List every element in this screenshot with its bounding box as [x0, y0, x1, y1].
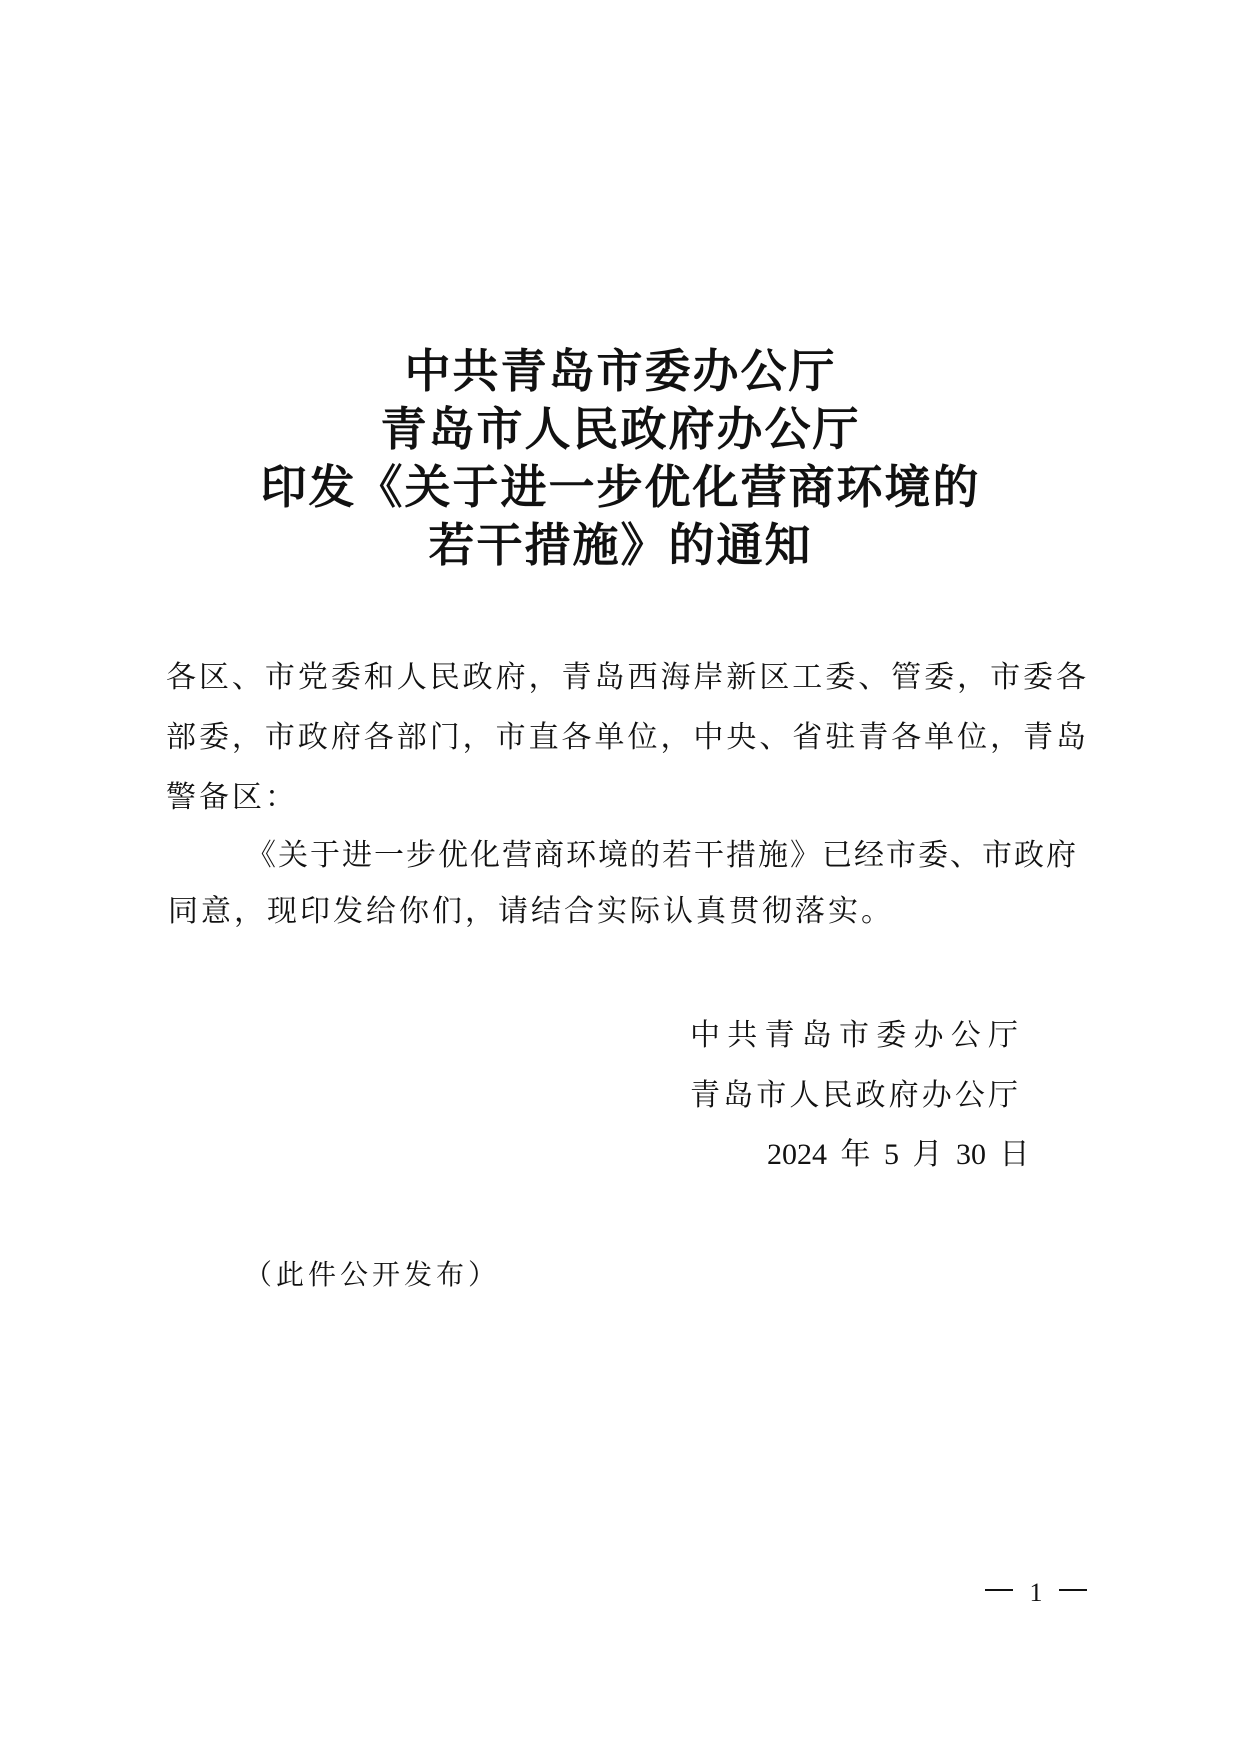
page-number-right-dash — [1059, 1589, 1087, 1591]
publication-note: （此件公开发布） — [244, 1257, 500, 1293]
page-number-left-dash — [985, 1589, 1013, 1591]
signature-issuer-1: 中共青岛市委办公厅 — [690, 1018, 1018, 1054]
document-title: 中共青岛市委办公厅 青岛市人民政府办公厅 印发《关于进一步优化营商环境的 若干措… — [0, 342, 1241, 574]
page-number-value: 1 — [1030, 1578, 1043, 1608]
title-line-1: 中共青岛市委办公厅 — [0, 342, 1241, 400]
body-paragraph-line-2: 同意，现印发给你们，请结合实际认真贯彻落实。 — [168, 894, 888, 930]
title-line-4: 若干措施》的通知 — [0, 516, 1241, 574]
addressee-line-2: 部委，市政府各部门，市直各单位，中央、省驻青各单位，青岛 — [166, 720, 1086, 756]
signature-date: 2024 年 5 月 30 日 — [767, 1137, 1017, 1173]
addressee-line-3: 警备区： — [166, 780, 366, 816]
page-number: 1 — [985, 1578, 1087, 1608]
title-line-3: 印发《关于进一步优化营商环境的 — [0, 458, 1241, 516]
addressee-line-1: 各区、市党委和人民政府，青岛西海岸新区工委、管委，市委各 — [166, 660, 1086, 696]
signature-issuer-2: 青岛市人民政府办公厅 — [690, 1078, 1018, 1114]
document-page: 中共青岛市委办公厅 青岛市人民政府办公厅 印发《关于进一步优化营商环境的 若干措… — [0, 0, 1241, 1754]
body-paragraph-line-1: 《关于进一步优化营商环境的若干措施》已经市委、市政府 — [246, 838, 1076, 874]
title-line-2: 青岛市人民政府办公厅 — [0, 400, 1241, 458]
